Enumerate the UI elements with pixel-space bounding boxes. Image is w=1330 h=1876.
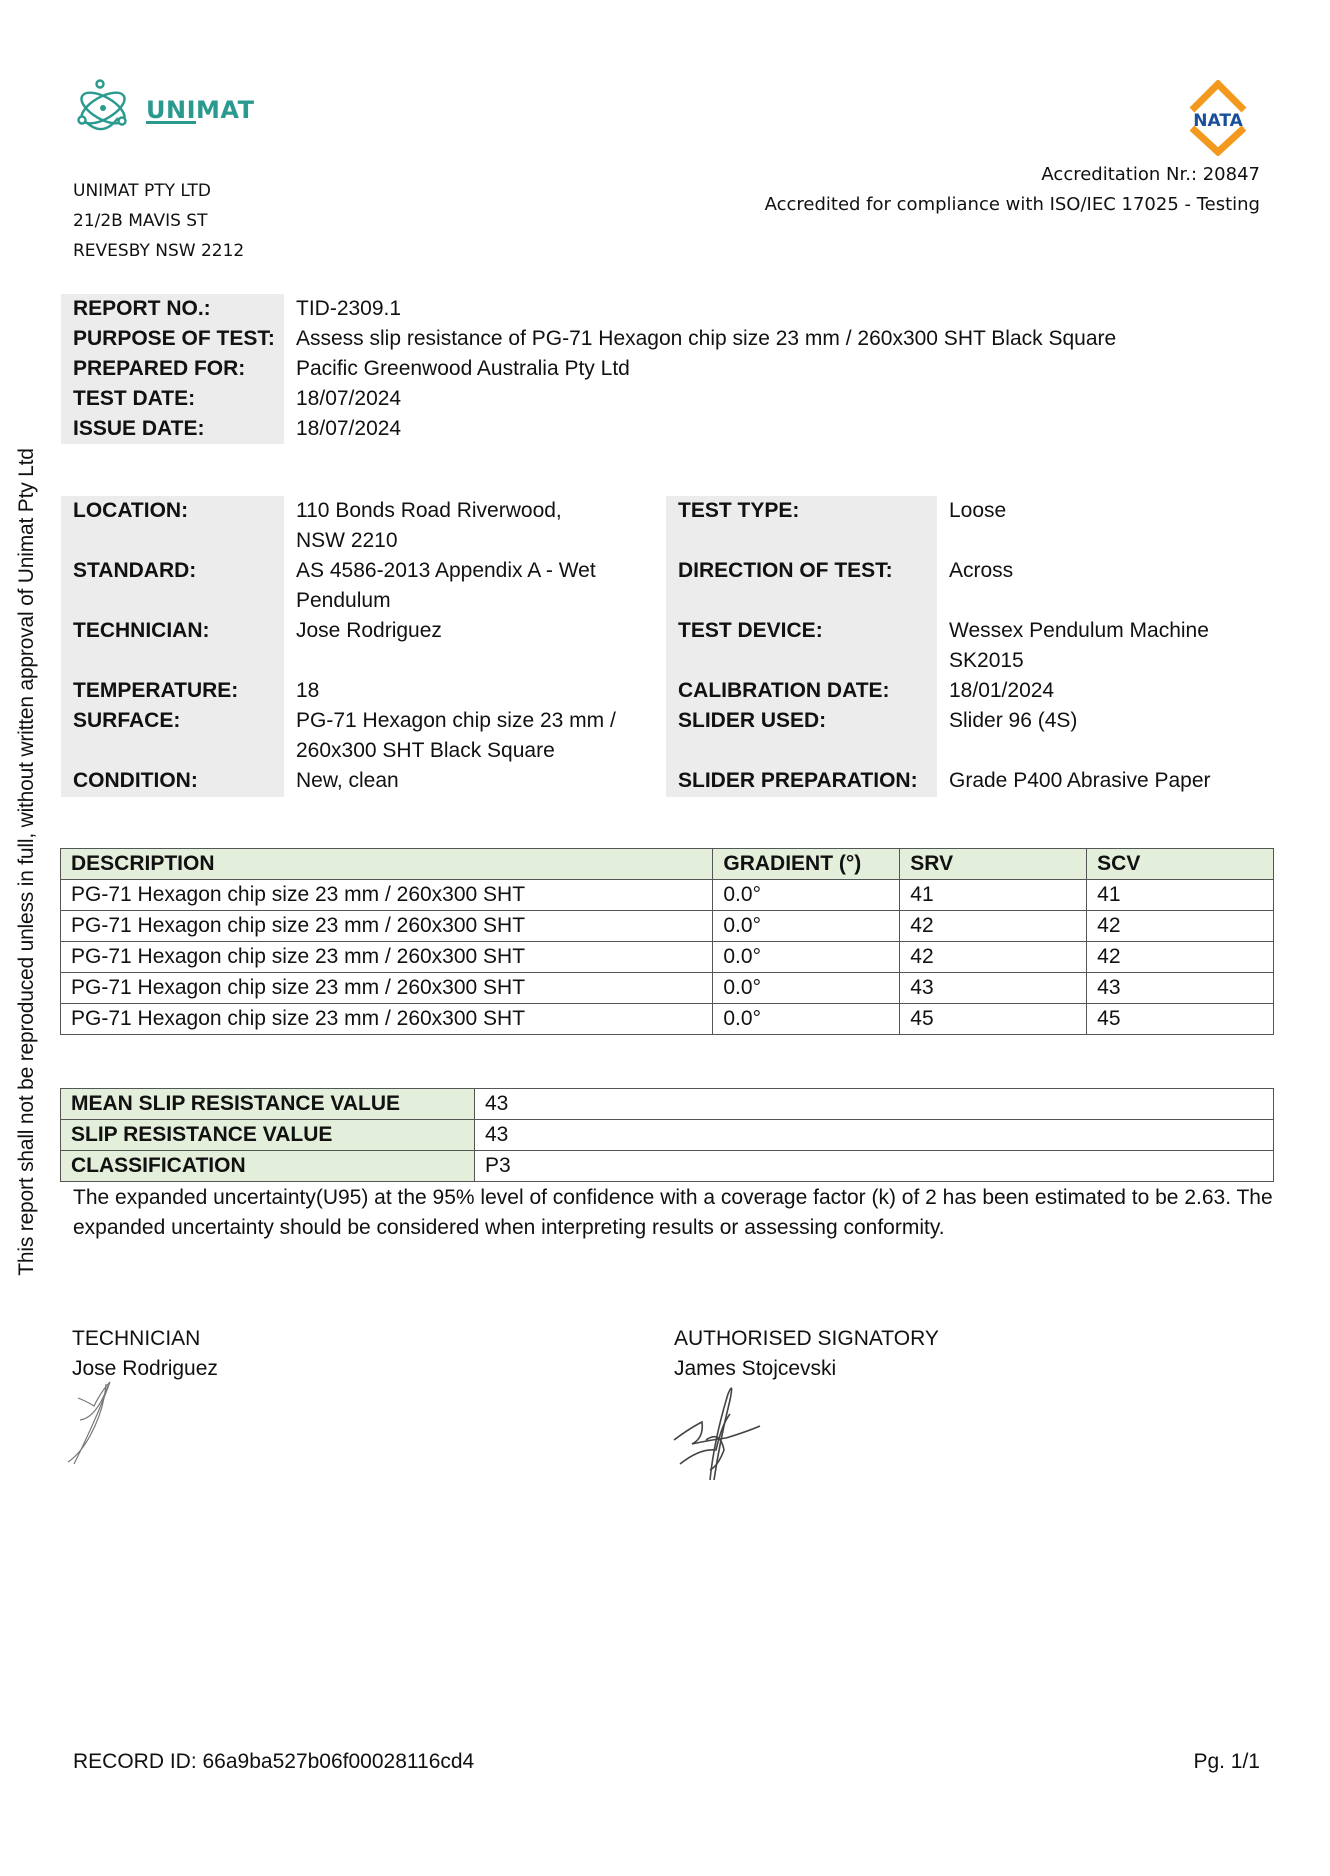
detail-label: SLIDER PREPARATION: bbox=[666, 766, 937, 797]
report-info: REPORT NO.: TID-2309.1 PURPOSE OF TEST: … bbox=[61, 294, 1116, 444]
detail-value: Grade P400 Abrasive Paper bbox=[937, 766, 1317, 797]
technician-signature-block: TECHNICIAN Jose Rodriguez bbox=[72, 1324, 218, 1384]
info-label: PURPOSE OF TEST: bbox=[61, 324, 284, 354]
nata-logo: NATA bbox=[1184, 80, 1252, 156]
table-row: PG-71 Hexagon chip size 23 mm / 260x300 … bbox=[61, 973, 1274, 1004]
info-row-issue-date: ISSUE DATE: 18/07/2024 bbox=[61, 414, 1116, 444]
disclaimer-vertical: This report shall not be reproduced unle… bbox=[15, 448, 39, 1275]
detail-label: LOCATION: bbox=[61, 496, 284, 556]
signature-icon bbox=[670, 1380, 790, 1480]
logo-wordmark: UNIMAT bbox=[146, 96, 254, 124]
technician-title: TECHNICIAN bbox=[72, 1324, 218, 1354]
detail-value: 110 Bonds Road Riverwood, NSW 2210 bbox=[284, 496, 574, 556]
cell-description: PG-71 Hexagon chip size 23 mm / 260x300 … bbox=[61, 880, 713, 911]
detail-value: PG-71 Hexagon chip size 23 mm / 260x300 … bbox=[284, 706, 644, 766]
header-description: DESCRIPTION bbox=[61, 849, 713, 880]
detail-standard: STANDARD: AS 4586-2013 Appendix A - Wet … bbox=[61, 556, 664, 616]
results-table: DESCRIPTION GRADIENT (°) SRV SCV PG-71 H… bbox=[60, 848, 1274, 1035]
cell-srv: 41 bbox=[900, 880, 1087, 911]
detail-label: DIRECTION OF TEST: bbox=[666, 556, 937, 616]
summary-row-classification: CLASSIFICATION P3 bbox=[61, 1151, 1274, 1182]
info-label: ISSUE DATE: bbox=[61, 414, 284, 444]
details-left: LOCATION: 110 Bonds Road Riverwood, NSW … bbox=[61, 496, 664, 797]
summary-value: 43 bbox=[475, 1089, 1274, 1120]
detail-slider-preparation: SLIDER PREPARATION: Grade P400 Abrasive … bbox=[666, 766, 1317, 797]
details-right: TEST TYPE: Loose DIRECTION OF TEST: Acro… bbox=[666, 496, 1317, 797]
company-suburb: REVESBY NSW 2212 bbox=[73, 236, 244, 266]
detail-label: SLIDER USED: bbox=[666, 706, 937, 766]
cell-srv: 45 bbox=[900, 1004, 1087, 1035]
cell-scv: 43 bbox=[1087, 973, 1274, 1004]
info-row-prepared-for: PREPARED FOR: Pacific Greenwood Australi… bbox=[61, 354, 1116, 384]
company-street: 21/2B MAVIS ST bbox=[73, 206, 244, 236]
cell-gradient: 0.0° bbox=[713, 973, 900, 1004]
detail-direction: DIRECTION OF TEST: Across bbox=[666, 556, 1317, 616]
detail-slider-used: SLIDER USED: Slider 96 (4S) bbox=[666, 706, 1317, 766]
detail-temperature: TEMPERATURE: 18 bbox=[61, 676, 664, 706]
info-label: TEST DATE: bbox=[61, 384, 284, 414]
detail-value: 18/01/2024 bbox=[937, 676, 1317, 706]
unimat-logo: UNIMAT bbox=[76, 76, 256, 136]
cell-srv: 42 bbox=[900, 911, 1087, 942]
info-row-purpose: PURPOSE OF TEST: Assess slip resistance … bbox=[61, 324, 1116, 354]
info-value: Assess slip resistance of PG-71 Hexagon … bbox=[284, 324, 1116, 354]
accreditation-text: Accredited for compliance with ISO/IEC 1… bbox=[765, 190, 1260, 220]
accreditation-number: Accreditation Nr.: 20847 bbox=[765, 160, 1260, 190]
cell-scv: 42 bbox=[1087, 942, 1274, 973]
detail-label: SURFACE: bbox=[61, 706, 284, 766]
summary-label: SLIP RESISTANCE VALUE bbox=[61, 1120, 475, 1151]
company-address: UNIMAT PTY LTD 21/2B MAVIS ST REVESBY NS… bbox=[73, 176, 244, 266]
detail-label: CONDITION: bbox=[61, 766, 284, 797]
info-row-report-no: REPORT NO.: TID-2309.1 bbox=[61, 294, 1116, 324]
detail-label: TEST TYPE: bbox=[666, 496, 937, 556]
table-row: PG-71 Hexagon chip size 23 mm / 260x300 … bbox=[61, 942, 1274, 973]
authorised-title: AUTHORISED SIGNATORY bbox=[674, 1324, 939, 1354]
record-id: RECORD ID: 66a9ba527b06f00028116cd4 bbox=[73, 1750, 474, 1774]
cell-description: PG-71 Hexagon chip size 23 mm / 260x300 … bbox=[61, 1004, 713, 1035]
detail-label: TEST DEVICE: bbox=[666, 616, 937, 676]
detail-label: CALIBRATION DATE: bbox=[666, 676, 937, 706]
detail-location: LOCATION: 110 Bonds Road Riverwood, NSW … bbox=[61, 496, 664, 556]
cell-gradient: 0.0° bbox=[713, 942, 900, 973]
uncertainty-note: The expanded uncertainty(U95) at the 95%… bbox=[73, 1183, 1273, 1243]
nata-diamond-icon: NATA bbox=[1184, 80, 1252, 156]
detail-value: 18 bbox=[284, 676, 664, 706]
detail-value: Wessex Pendulum Machine SK2015 bbox=[937, 616, 1257, 676]
detail-value: Across bbox=[937, 556, 1317, 616]
cell-scv: 45 bbox=[1087, 1004, 1274, 1035]
signature-icon bbox=[66, 1380, 166, 1470]
detail-value: Jose Rodriguez bbox=[284, 616, 664, 676]
table-row: PG-71 Hexagon chip size 23 mm / 260x300 … bbox=[61, 880, 1274, 911]
summary-label: MEAN SLIP RESISTANCE VALUE bbox=[61, 1089, 475, 1120]
detail-value: New, clean bbox=[284, 766, 664, 797]
summary-label: CLASSIFICATION bbox=[61, 1151, 475, 1182]
info-value: Pacific Greenwood Australia Pty Ltd bbox=[284, 354, 630, 384]
cell-description: PG-71 Hexagon chip size 23 mm / 260x300 … bbox=[61, 973, 713, 1004]
detail-label: TECHNICIAN: bbox=[61, 616, 284, 676]
header-gradient: GRADIENT (°) bbox=[713, 849, 900, 880]
accreditation: Accreditation Nr.: 20847 Accredited for … bbox=[765, 160, 1260, 220]
detail-calibration-date: CALIBRATION DATE: 18/01/2024 bbox=[666, 676, 1317, 706]
logo-text-rest: MAT bbox=[196, 96, 254, 124]
detail-label: TEMPERATURE: bbox=[61, 676, 284, 706]
cell-description: PG-71 Hexagon chip size 23 mm / 260x300 … bbox=[61, 911, 713, 942]
detail-value: Slider 96 (4S) bbox=[937, 706, 1317, 766]
results-header-row: DESCRIPTION GRADIENT (°) SRV SCV bbox=[61, 849, 1274, 880]
table-row: PG-71 Hexagon chip size 23 mm / 260x300 … bbox=[61, 911, 1274, 942]
summary-table: MEAN SLIP RESISTANCE VALUE 43 SLIP RESIS… bbox=[60, 1088, 1274, 1182]
cell-srv: 42 bbox=[900, 942, 1087, 973]
table-row: PG-71 Hexagon chip size 23 mm / 260x300 … bbox=[61, 1004, 1274, 1035]
detail-condition: CONDITION: New, clean bbox=[61, 766, 664, 797]
detail-value: AS 4586-2013 Appendix A - Wet Pendulum bbox=[284, 556, 624, 616]
cell-gradient: 0.0° bbox=[713, 911, 900, 942]
cell-gradient: 0.0° bbox=[713, 880, 900, 911]
detail-test-type: TEST TYPE: Loose bbox=[666, 496, 1317, 556]
header-srv: SRV bbox=[900, 849, 1087, 880]
authorised-signature-block: AUTHORISED SIGNATORY James Stojcevski bbox=[674, 1324, 939, 1384]
detail-label: STANDARD: bbox=[61, 556, 284, 616]
info-value: 18/07/2024 bbox=[284, 414, 401, 444]
cell-scv: 42 bbox=[1087, 911, 1274, 942]
page-number: Pg. 1/1 bbox=[1193, 1750, 1260, 1774]
info-row-test-date: TEST DATE: 18/07/2024 bbox=[61, 384, 1116, 414]
cell-gradient: 0.0° bbox=[713, 1004, 900, 1035]
cell-description: PG-71 Hexagon chip size 23 mm / 260x300 … bbox=[61, 942, 713, 973]
cell-scv: 41 bbox=[1087, 880, 1274, 911]
atom-icon bbox=[76, 76, 132, 136]
info-value: 18/07/2024 bbox=[284, 384, 401, 414]
info-value: TID-2309.1 bbox=[284, 294, 401, 324]
detail-test-device: TEST DEVICE: Wessex Pendulum Machine SK2… bbox=[666, 616, 1317, 676]
summary-value: 43 bbox=[475, 1120, 1274, 1151]
detail-technician: TECHNICIAN: Jose Rodriguez bbox=[61, 616, 664, 676]
info-label: REPORT NO.: bbox=[61, 294, 284, 324]
info-label: PREPARED FOR: bbox=[61, 354, 284, 384]
cell-srv: 43 bbox=[900, 973, 1087, 1004]
detail-value: Loose bbox=[937, 496, 1317, 556]
svg-text:NATA: NATA bbox=[1193, 111, 1243, 131]
summary-row-mean: MEAN SLIP RESISTANCE VALUE 43 bbox=[61, 1089, 1274, 1120]
company-name: UNIMAT PTY LTD bbox=[73, 176, 244, 206]
detail-surface: SURFACE: PG-71 Hexagon chip size 23 mm /… bbox=[61, 706, 664, 766]
summary-row-srv: SLIP RESISTANCE VALUE 43 bbox=[61, 1120, 1274, 1151]
logo-text-underlined: UNI bbox=[146, 96, 196, 124]
header-scv: SCV bbox=[1087, 849, 1274, 880]
summary-value: P3 bbox=[475, 1151, 1274, 1182]
